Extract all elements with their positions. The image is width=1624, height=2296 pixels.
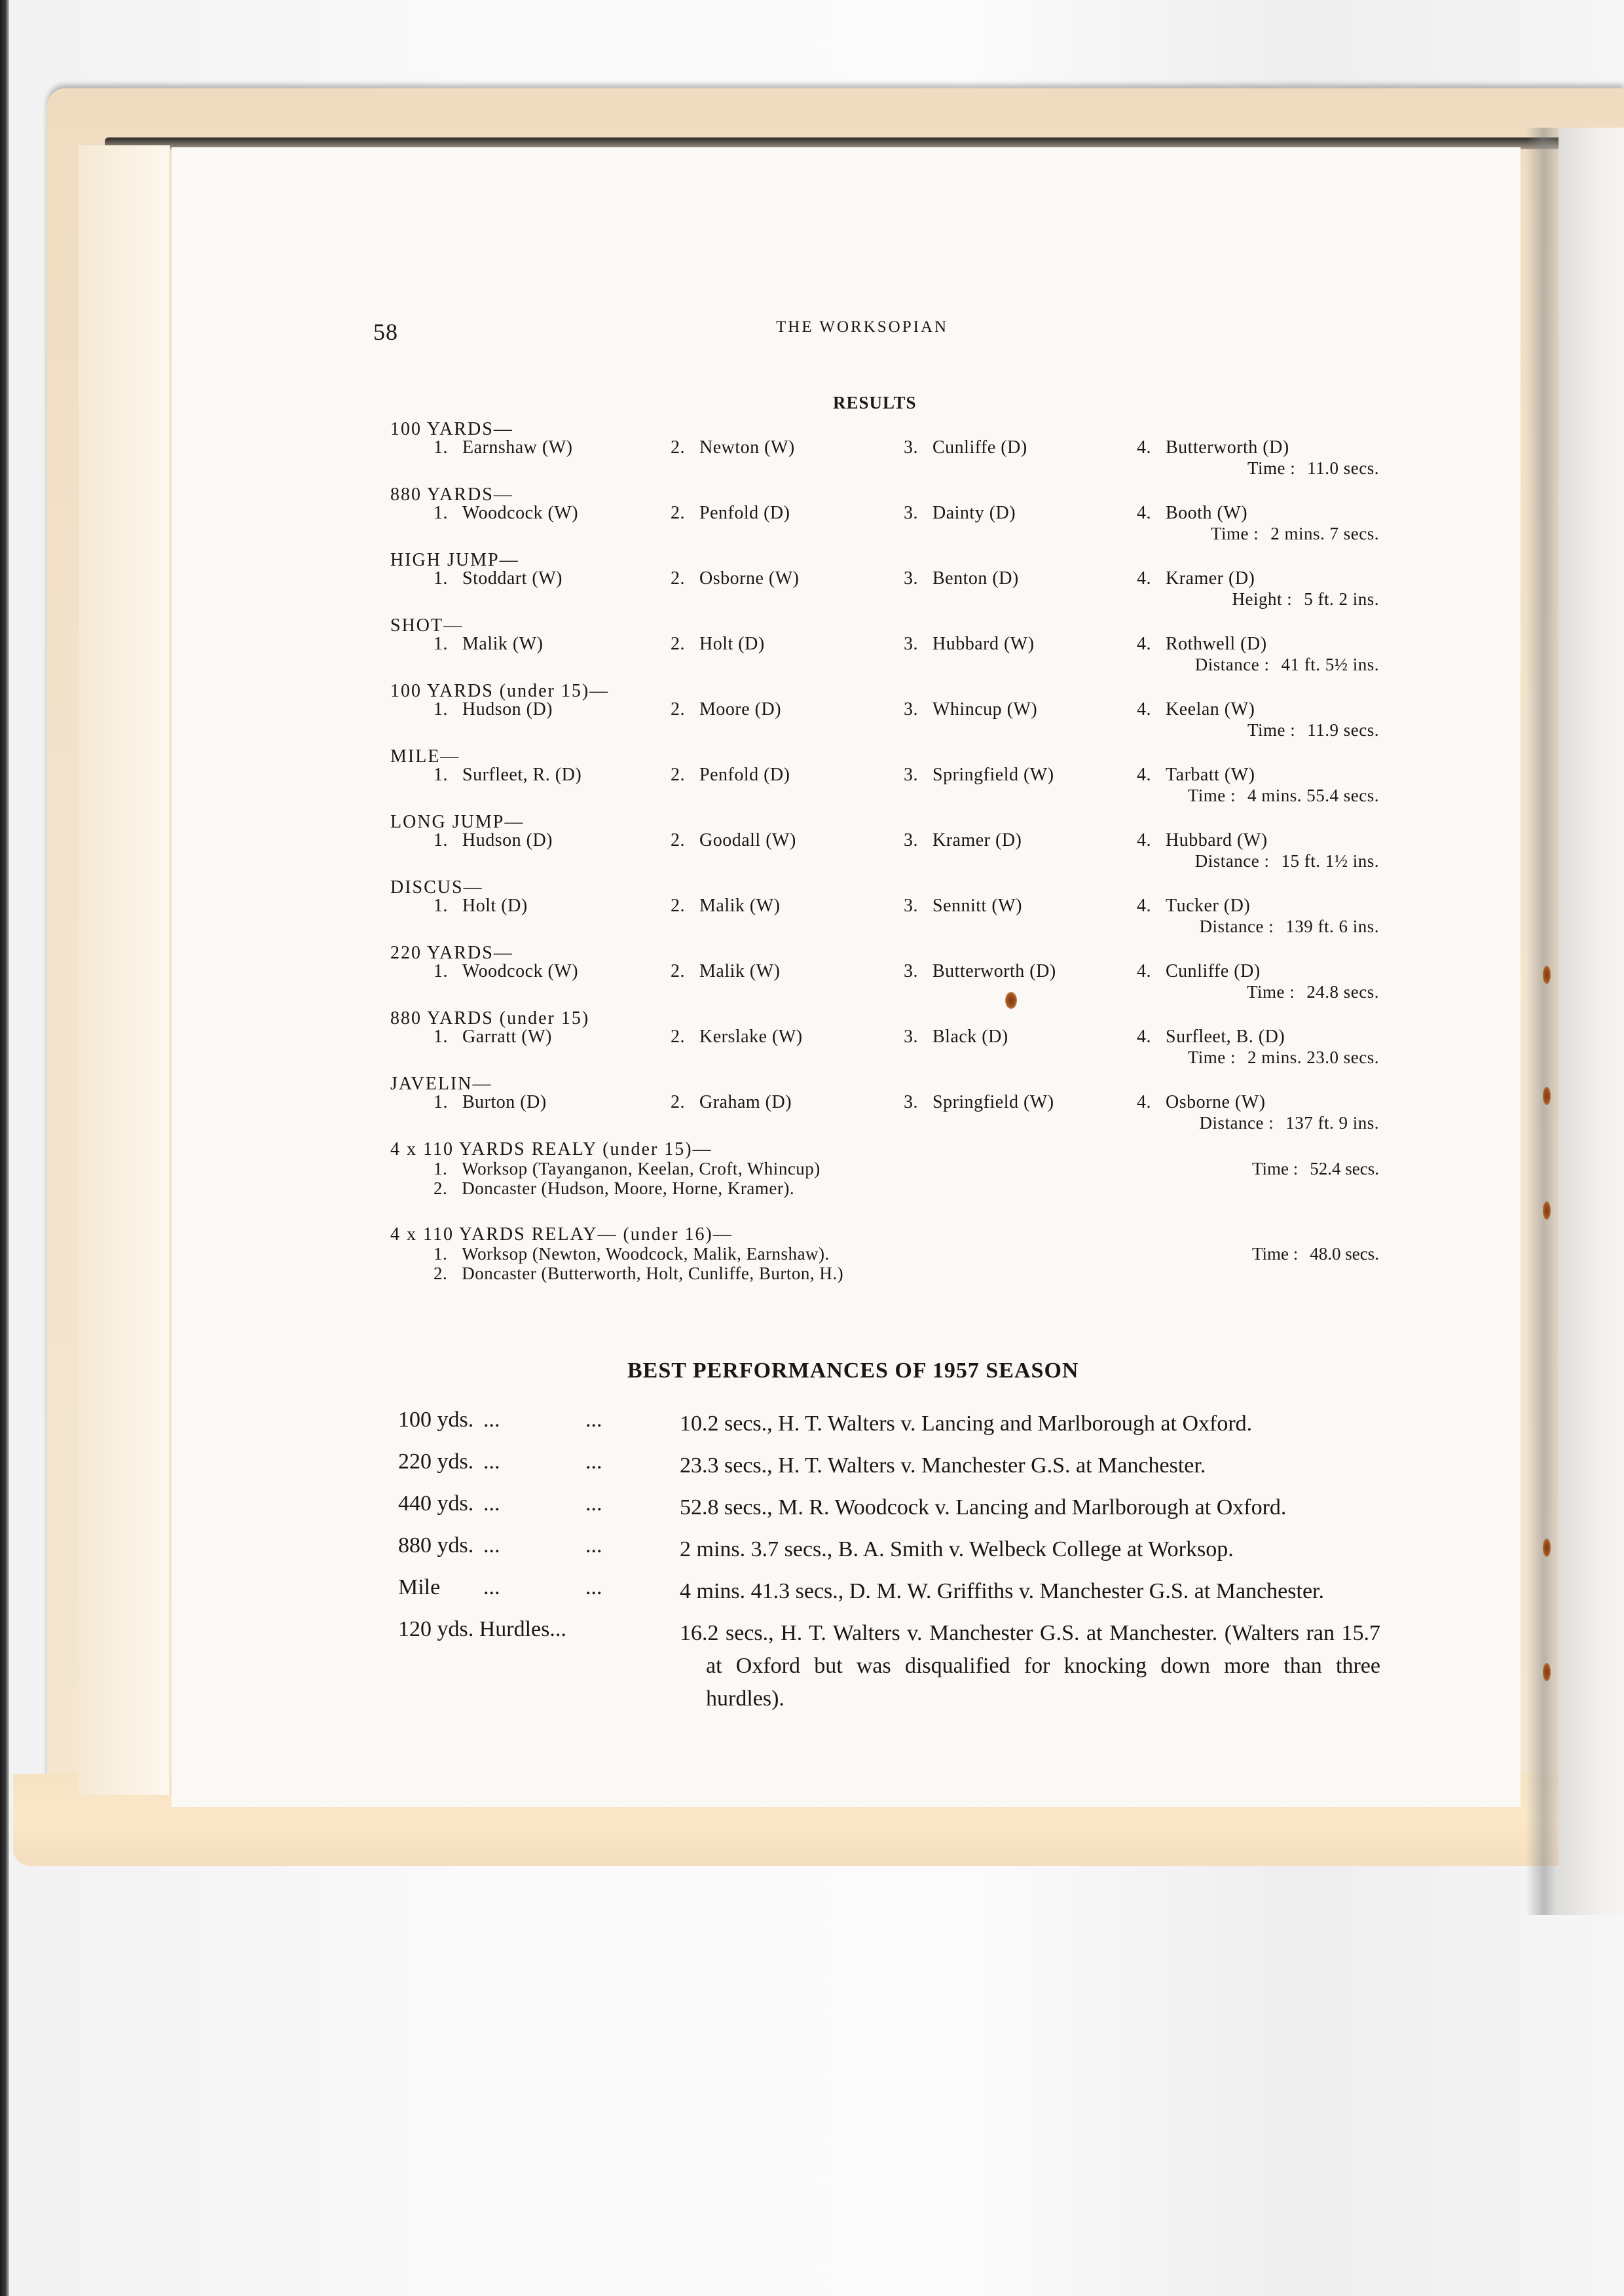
event-label: 880 yds. xyxy=(398,1533,473,1558)
place-2: 2.Penfold (D) xyxy=(671,503,790,524)
athlete-name: Holt (D) xyxy=(462,896,528,916)
place-4: 4.Booth (W) xyxy=(1137,503,1247,524)
place-1: 1.Garratt (W) xyxy=(434,1027,552,1048)
place-number: 4. xyxy=(1137,568,1151,589)
performance-label: Distance : xyxy=(1200,1113,1274,1133)
performance-value: 48.0 secs. xyxy=(1310,1244,1379,1264)
best-performance-detail: 2 mins. 3.7 secs., B. A. Smith v. Welbec… xyxy=(680,1533,1380,1566)
leader-dots: ... xyxy=(483,1449,500,1474)
performance-value: 4 mins. 55.4 secs. xyxy=(1247,786,1379,805)
place-3: 3.Benton (D) xyxy=(904,568,1019,589)
athlete-name: Surfleet, B. (D) xyxy=(1166,1027,1285,1047)
athlete-name: Moore (D) xyxy=(699,699,781,720)
place-4: 4.Kramer (D) xyxy=(1137,568,1255,589)
place-number: 4. xyxy=(1137,765,1151,786)
place-number: 3. xyxy=(904,961,918,982)
athlete-name: Benton (D) xyxy=(932,568,1019,589)
best-event-name: 120 yds. Hurdles... xyxy=(398,1617,680,1715)
place-3: 3.Butterworth (D) xyxy=(904,961,1056,982)
relay-event: 4 x 110 YARDS REALY (under 15)—1.Worksop… xyxy=(390,1139,1379,1224)
event-label: 100 yds. xyxy=(398,1408,473,1432)
place-number: 1. xyxy=(434,503,448,524)
athlete-name: Surfleet, R. (D) xyxy=(462,765,581,785)
place-number: 2. xyxy=(671,699,685,720)
place-2: 2.Penfold (D) xyxy=(671,765,790,786)
place-number: 1. xyxy=(434,699,448,720)
best-event-name: 440 yds....... xyxy=(398,1491,680,1524)
performance-label: Time : xyxy=(1252,1244,1298,1264)
athlete-name: Woodcock (W) xyxy=(462,961,578,981)
place-number: 1. xyxy=(434,634,448,655)
best-performance-detail: 4 mins. 41.3 secs., D. M. W. Griffiths v… xyxy=(680,1575,1380,1608)
results-heading: RESULTS xyxy=(833,393,917,413)
best-event-name: Mile...... xyxy=(398,1575,680,1608)
athlete-name: Osborne (W) xyxy=(1166,1092,1265,1112)
performance-value: 15 ft. 1½ ins. xyxy=(1281,851,1379,871)
result-event: LONG JUMP—1.Hudson (D)2.Goodall (W)3.Kra… xyxy=(390,812,1379,877)
performance-label: Time : xyxy=(1247,720,1295,740)
place-2: 2.Goodall (W) xyxy=(671,830,796,851)
place-3: 3.Black (D) xyxy=(904,1027,1008,1048)
athlete-name: Burton (D) xyxy=(462,1092,547,1112)
relay-event: 4 x 110 YARDS RELAY— (under 16)—1.Workso… xyxy=(390,1224,1379,1309)
place-4: 4.Butterworth (D) xyxy=(1137,437,1289,458)
athlete-name: Hudson (D) xyxy=(462,830,553,850)
result-event: MILE—1.Surfleet, R. (D)2.Penfold (D)3.Sp… xyxy=(390,746,1379,812)
place-number: 2. xyxy=(671,896,685,917)
performance-value: 52.4 secs. xyxy=(1310,1159,1379,1178)
best-performance-detail: 16.2 secs., H. T. Walters v. Manchester … xyxy=(680,1617,1380,1715)
place-number: 3. xyxy=(904,896,918,917)
performance-value: 2 mins. 23.0 secs. xyxy=(1247,1048,1379,1067)
place-4: 4.Cunliffe (D) xyxy=(1137,961,1261,982)
page-number: 58 xyxy=(373,318,398,346)
performance-label: Time : xyxy=(1188,1048,1236,1067)
best-performance-row: 100 yds.......10.2 secs., H. T. Walters … xyxy=(398,1408,1380,1440)
place-4: 4.Tucker (D) xyxy=(1137,896,1250,917)
leader-dots: ... xyxy=(585,1491,602,1516)
place-number: 2. xyxy=(671,1092,685,1113)
athlete-name: Butterworth (D) xyxy=(1166,437,1289,458)
relay-performance: Time :52.4 secs. xyxy=(1252,1159,1379,1179)
athlete-name: Penfold (D) xyxy=(699,765,790,785)
place-number: 1. xyxy=(434,437,448,458)
place-number: 1. xyxy=(434,1244,447,1264)
event-label: 220 yds. xyxy=(398,1449,473,1474)
place-number: 2. xyxy=(671,1027,685,1048)
athlete-name: Keelan (W) xyxy=(1166,699,1255,720)
athlete-name: Goodall (W) xyxy=(699,830,796,850)
place-number: 3. xyxy=(904,437,918,458)
event-performance: Time :2 mins. 7 secs. xyxy=(1211,524,1379,544)
event-label: Mile xyxy=(398,1575,440,1599)
place-1: 1.Holt (D) xyxy=(434,896,528,917)
place-number: 2. xyxy=(671,634,685,655)
place-4: 4.Tarbatt (W) xyxy=(1137,765,1255,786)
place-number: 3. xyxy=(904,634,918,655)
athlete-name: Cunliffe (D) xyxy=(932,437,1027,458)
results-list: 100 YARDS—1.Earnshaw (W)2.Newton (W)3.Cu… xyxy=(390,419,1379,1309)
facing-page xyxy=(1559,128,1624,1915)
place-number: 3. xyxy=(904,1092,918,1113)
athlete-name: Hubbard (W) xyxy=(1166,830,1268,850)
place-number: 3. xyxy=(904,568,918,589)
place-number: 2. xyxy=(671,830,685,851)
event-performance: Time :11.0 secs. xyxy=(1247,458,1379,479)
place-2: 2.Malik (W) xyxy=(671,961,780,982)
place-1: 1.Woodcock (W) xyxy=(434,503,578,524)
athlete-name: Woodcock (W) xyxy=(462,503,578,523)
place-1: 1.Surfleet, R. (D) xyxy=(434,765,581,786)
result-event: DISCUS—1.Holt (D)2.Malik (W)3.Sennitt (W… xyxy=(390,877,1379,943)
athlete-name: Osborne (W) xyxy=(699,568,799,589)
place-number: 1. xyxy=(434,1027,448,1048)
best-performance-row: 220 yds.......23.3 secs., H. T. Walters … xyxy=(398,1449,1380,1482)
leader-dots: ... xyxy=(483,1575,500,1600)
place-number: 4. xyxy=(1137,830,1151,851)
place-3: 3.Sennitt (W) xyxy=(904,896,1022,917)
place-number: 3. xyxy=(904,1027,918,1048)
place-number: 1. xyxy=(434,765,448,786)
relay-performance: Time :48.0 secs. xyxy=(1252,1244,1379,1264)
performance-label: Distance : xyxy=(1200,917,1274,936)
athlete-name: Kramer (D) xyxy=(1166,568,1255,589)
relay-team-1: 1.Worksop (Tayanganon, Keelan, Croft, Wh… xyxy=(434,1159,821,1179)
best-performance-detail: 23.3 secs., H. T. Walters v. Manchester … xyxy=(680,1449,1380,1482)
place-3: 3.Kramer (D) xyxy=(904,830,1022,851)
performance-label: Time : xyxy=(1188,786,1236,805)
place-number: 4. xyxy=(1137,699,1151,720)
place-2: 2.Newton (W) xyxy=(671,437,795,458)
best-event-name: 220 yds....... xyxy=(398,1449,680,1482)
place-1: 1.Stoddart (W) xyxy=(434,568,563,589)
place-number: 1. xyxy=(434,1092,448,1113)
place-1: 1.Woodcock (W) xyxy=(434,961,578,982)
place-4: 4.Surfleet, B. (D) xyxy=(1137,1027,1285,1048)
place-number: 2. xyxy=(434,1178,447,1199)
best-performance-detail: 10.2 secs., H. T. Walters v. Lancing and… xyxy=(680,1408,1380,1440)
place-number: 4. xyxy=(1137,1092,1151,1113)
result-event: 880 YARDS—1.Woodcock (W)2.Penfold (D)3.D… xyxy=(390,484,1379,550)
place-1: 1.Hudson (D) xyxy=(434,830,553,851)
event-performance: Height :5 ft. 2 ins. xyxy=(1232,589,1379,610)
foxing-spot xyxy=(1543,1201,1551,1220)
best-performance-detail: 52.8 secs., M. R. Woodcock v. Lancing an… xyxy=(680,1491,1380,1524)
place-number: 2. xyxy=(671,961,685,982)
place-4: 4.Rothwell (D) xyxy=(1137,634,1267,655)
place-number: 2. xyxy=(671,765,685,786)
place-number: 4. xyxy=(1137,503,1151,524)
place-1: 1.Burton (D) xyxy=(434,1092,547,1113)
best-event-name: 880 yds....... xyxy=(398,1533,680,1566)
result-event: JAVELIN—1.Burton (D)2.Graham (D)3.Spring… xyxy=(390,1074,1379,1139)
performance-label: Height : xyxy=(1232,589,1292,609)
performance-label: Time : xyxy=(1247,458,1295,478)
performance-value: 11.9 secs. xyxy=(1307,720,1379,740)
performance-value: 41 ft. 5½ ins. xyxy=(1281,655,1379,674)
athlete-name: Holt (D) xyxy=(699,634,765,654)
athlete-name: Malik (W) xyxy=(462,634,543,654)
performance-label: Distance : xyxy=(1195,851,1270,871)
performance-label: Time : xyxy=(1247,982,1295,1002)
athlete-name: Newton (W) xyxy=(699,437,795,458)
athlete-name: Stoddart (W) xyxy=(462,568,563,589)
leader-dots: ... xyxy=(585,1408,602,1432)
running-head: THE WORKSOPIAN xyxy=(776,318,948,337)
place-number: 2. xyxy=(671,568,685,589)
leader-dots: ... xyxy=(585,1533,602,1558)
team-name: Worksop (Newton, Woodcock, Malik, Earnsh… xyxy=(462,1244,830,1264)
athlete-name: Tucker (D) xyxy=(1166,896,1250,916)
best-event-name: 100 yds....... xyxy=(398,1408,680,1440)
athlete-name: Earnshaw (W) xyxy=(462,437,572,458)
athlete-name: Sennitt (W) xyxy=(932,896,1022,916)
performance-label: Distance : xyxy=(1195,655,1270,674)
athlete-name: Rothwell (D) xyxy=(1166,634,1267,654)
performance-value: 11.0 secs. xyxy=(1307,458,1379,478)
leader-dots: ... xyxy=(483,1408,500,1432)
best-performance-row: 440 yds.......52.8 secs., M. R. Woodcock… xyxy=(398,1491,1380,1524)
place-number: 1. xyxy=(434,896,448,917)
place-number: 4. xyxy=(1137,634,1151,655)
result-event: 100 YARDS (under 15)—1.Hudson (D)2.Moore… xyxy=(390,681,1379,746)
place-2: 2.Kerslake (W) xyxy=(671,1027,803,1048)
place-number: 3. xyxy=(904,699,918,720)
place-1: 1.Earnshaw (W) xyxy=(434,437,572,458)
place-3: 3.Dainty (D) xyxy=(904,503,1016,524)
relay-name: 4 x 110 YARDS RELAY— (under 16)— xyxy=(390,1224,733,1245)
performance-value: 139 ft. 6 ins. xyxy=(1285,917,1379,936)
leader-dots: ... xyxy=(483,1491,500,1516)
place-number: 2. xyxy=(434,1264,447,1284)
place-2: 2.Holt (D) xyxy=(671,634,765,655)
leader-dots: ... xyxy=(585,1575,602,1600)
athlete-name: Malik (W) xyxy=(699,961,780,981)
foxing-spot xyxy=(1543,966,1551,984)
place-4: 4.Osborne (W) xyxy=(1137,1092,1265,1113)
athlete-name: Booth (W) xyxy=(1166,503,1247,523)
result-event: 100 YARDS—1.Earnshaw (W)2.Newton (W)3.Cu… xyxy=(390,419,1379,484)
place-2: 2.Osborne (W) xyxy=(671,568,799,589)
athlete-name: Garratt (W) xyxy=(462,1027,552,1047)
place-number: 2. xyxy=(671,437,685,458)
athlete-name: Kramer (D) xyxy=(932,830,1022,850)
event-label: 120 yds. Hurdles... xyxy=(398,1617,566,1641)
scanner-edge xyxy=(0,0,9,2296)
performance-value: 2 mins. 7 secs. xyxy=(1270,524,1379,543)
athlete-name: Malik (W) xyxy=(699,896,780,916)
leader-dots: ... xyxy=(585,1449,602,1474)
place-number: 2. xyxy=(671,503,685,524)
relay-team-2: 2.Doncaster (Hudson, Moore, Horne, Krame… xyxy=(434,1178,794,1199)
place-number: 3. xyxy=(904,830,918,851)
event-label: 440 yds. xyxy=(398,1491,473,1516)
event-performance: Distance :15 ft. 1½ ins. xyxy=(1195,851,1379,871)
place-2: 2.Moore (D) xyxy=(671,699,781,720)
place-1: 1.Malik (W) xyxy=(434,634,543,655)
event-performance: Time :4 mins. 55.4 secs. xyxy=(1188,786,1379,806)
performance-value: 137 ft. 9 ins. xyxy=(1285,1113,1379,1133)
performance-value: 24.8 secs. xyxy=(1306,982,1379,1002)
place-number: 4. xyxy=(1137,1027,1151,1048)
athlete-name: Tarbatt (W) xyxy=(1166,765,1255,785)
event-performance: Time :24.8 secs. xyxy=(1247,982,1379,1002)
best-performance-row: Mile......4 mins. 41.3 secs., D. M. W. G… xyxy=(398,1575,1380,1608)
result-event: SHOT—1.Malik (W)2.Holt (D)3.Hubbard (W)4… xyxy=(390,615,1379,681)
performance-value: 5 ft. 2 ins. xyxy=(1304,589,1379,609)
place-number: 4. xyxy=(1137,896,1151,917)
place-2: 2.Graham (D) xyxy=(671,1092,792,1113)
place-3: 3.Hubbard (W) xyxy=(904,634,1035,655)
athlete-name: Hubbard (W) xyxy=(932,634,1035,654)
place-number: 4. xyxy=(1137,961,1151,982)
place-4: 4.Keelan (W) xyxy=(1137,699,1255,720)
best-performances-heading: BEST PERFORMANCES OF 1957 SEASON xyxy=(627,1358,1079,1383)
place-3: 3.Whincup (W) xyxy=(904,699,1037,720)
result-event: 880 YARDS (under 15)1.Garratt (W)2.Kersl… xyxy=(390,1008,1379,1074)
athlete-name: Cunliffe (D) xyxy=(1166,961,1261,981)
athlete-name: Springfield (W) xyxy=(932,1092,1054,1112)
page-stack-edge xyxy=(79,145,170,1795)
best-performances-list: 100 yds.......10.2 secs., H. T. Walters … xyxy=(398,1408,1380,1724)
place-number: 1. xyxy=(434,830,448,851)
place-number: 1. xyxy=(434,568,448,589)
athlete-name: Springfield (W) xyxy=(932,765,1054,785)
foxing-spot xyxy=(1543,1087,1551,1105)
place-number: 3. xyxy=(904,765,918,786)
athlete-name: Butterworth (D) xyxy=(932,961,1056,981)
athlete-name: Whincup (W) xyxy=(932,699,1037,720)
relay-team-1: 1.Worksop (Newton, Woodcock, Malik, Earn… xyxy=(434,1244,830,1264)
event-performance: Distance :139 ft. 6 ins. xyxy=(1200,917,1379,937)
team-name: Doncaster (Hudson, Moore, Horne, Kramer)… xyxy=(462,1178,794,1198)
place-3: 3.Springfield (W) xyxy=(904,1092,1054,1113)
best-performance-row: 880 yds.......2 mins. 3.7 secs., B. A. S… xyxy=(398,1533,1380,1566)
place-3: 3.Cunliffe (D) xyxy=(904,437,1027,458)
best-performance-row: 120 yds. Hurdles...16.2 secs., H. T. Wal… xyxy=(398,1617,1380,1715)
event-performance: Time :11.9 secs. xyxy=(1247,720,1379,740)
athlete-name: Dainty (D) xyxy=(932,503,1016,523)
foxing-spot xyxy=(1543,1539,1551,1557)
leader-dots: ... xyxy=(483,1533,500,1558)
event-performance: Time :2 mins. 23.0 secs. xyxy=(1188,1048,1379,1068)
team-name: Worksop (Tayanganon, Keelan, Croft, Whin… xyxy=(462,1159,821,1178)
place-2: 2.Malik (W) xyxy=(671,896,780,917)
place-number: 1. xyxy=(434,1159,447,1179)
relay-name: 4 x 110 YARDS REALY (under 15)— xyxy=(390,1139,712,1160)
place-3: 3.Springfield (W) xyxy=(904,765,1054,786)
place-number: 4. xyxy=(1137,437,1151,458)
gutter-shadow xyxy=(1526,128,1559,1915)
athlete-name: Graham (D) xyxy=(699,1092,792,1112)
event-performance: Distance :41 ft. 5½ ins. xyxy=(1195,655,1379,675)
athlete-name: Kerslake (W) xyxy=(699,1027,803,1047)
result-event: 220 YARDS—1.Woodcock (W)2.Malik (W)3.But… xyxy=(390,943,1379,1008)
place-1: 1.Hudson (D) xyxy=(434,699,553,720)
result-event: HIGH JUMP—1.Stoddart (W)2.Osborne (W)3.B… xyxy=(390,550,1379,615)
place-number: 1. xyxy=(434,961,448,982)
relay-team-2: 2.Doncaster (Butterworth, Holt, Cunliffe… xyxy=(434,1264,843,1284)
event-performance: Distance :137 ft. 9 ins. xyxy=(1200,1113,1379,1133)
team-name: Doncaster (Butterworth, Holt, Cunliffe, … xyxy=(462,1264,843,1283)
performance-label: Time : xyxy=(1211,524,1259,543)
place-number: 3. xyxy=(904,503,918,524)
performance-label: Time : xyxy=(1252,1159,1298,1178)
athlete-name: Penfold (D) xyxy=(699,503,790,523)
foxing-spot xyxy=(1543,1663,1551,1681)
athlete-name: Black (D) xyxy=(932,1027,1008,1047)
place-4: 4.Hubbard (W) xyxy=(1137,830,1268,851)
athlete-name: Hudson (D) xyxy=(462,699,553,720)
